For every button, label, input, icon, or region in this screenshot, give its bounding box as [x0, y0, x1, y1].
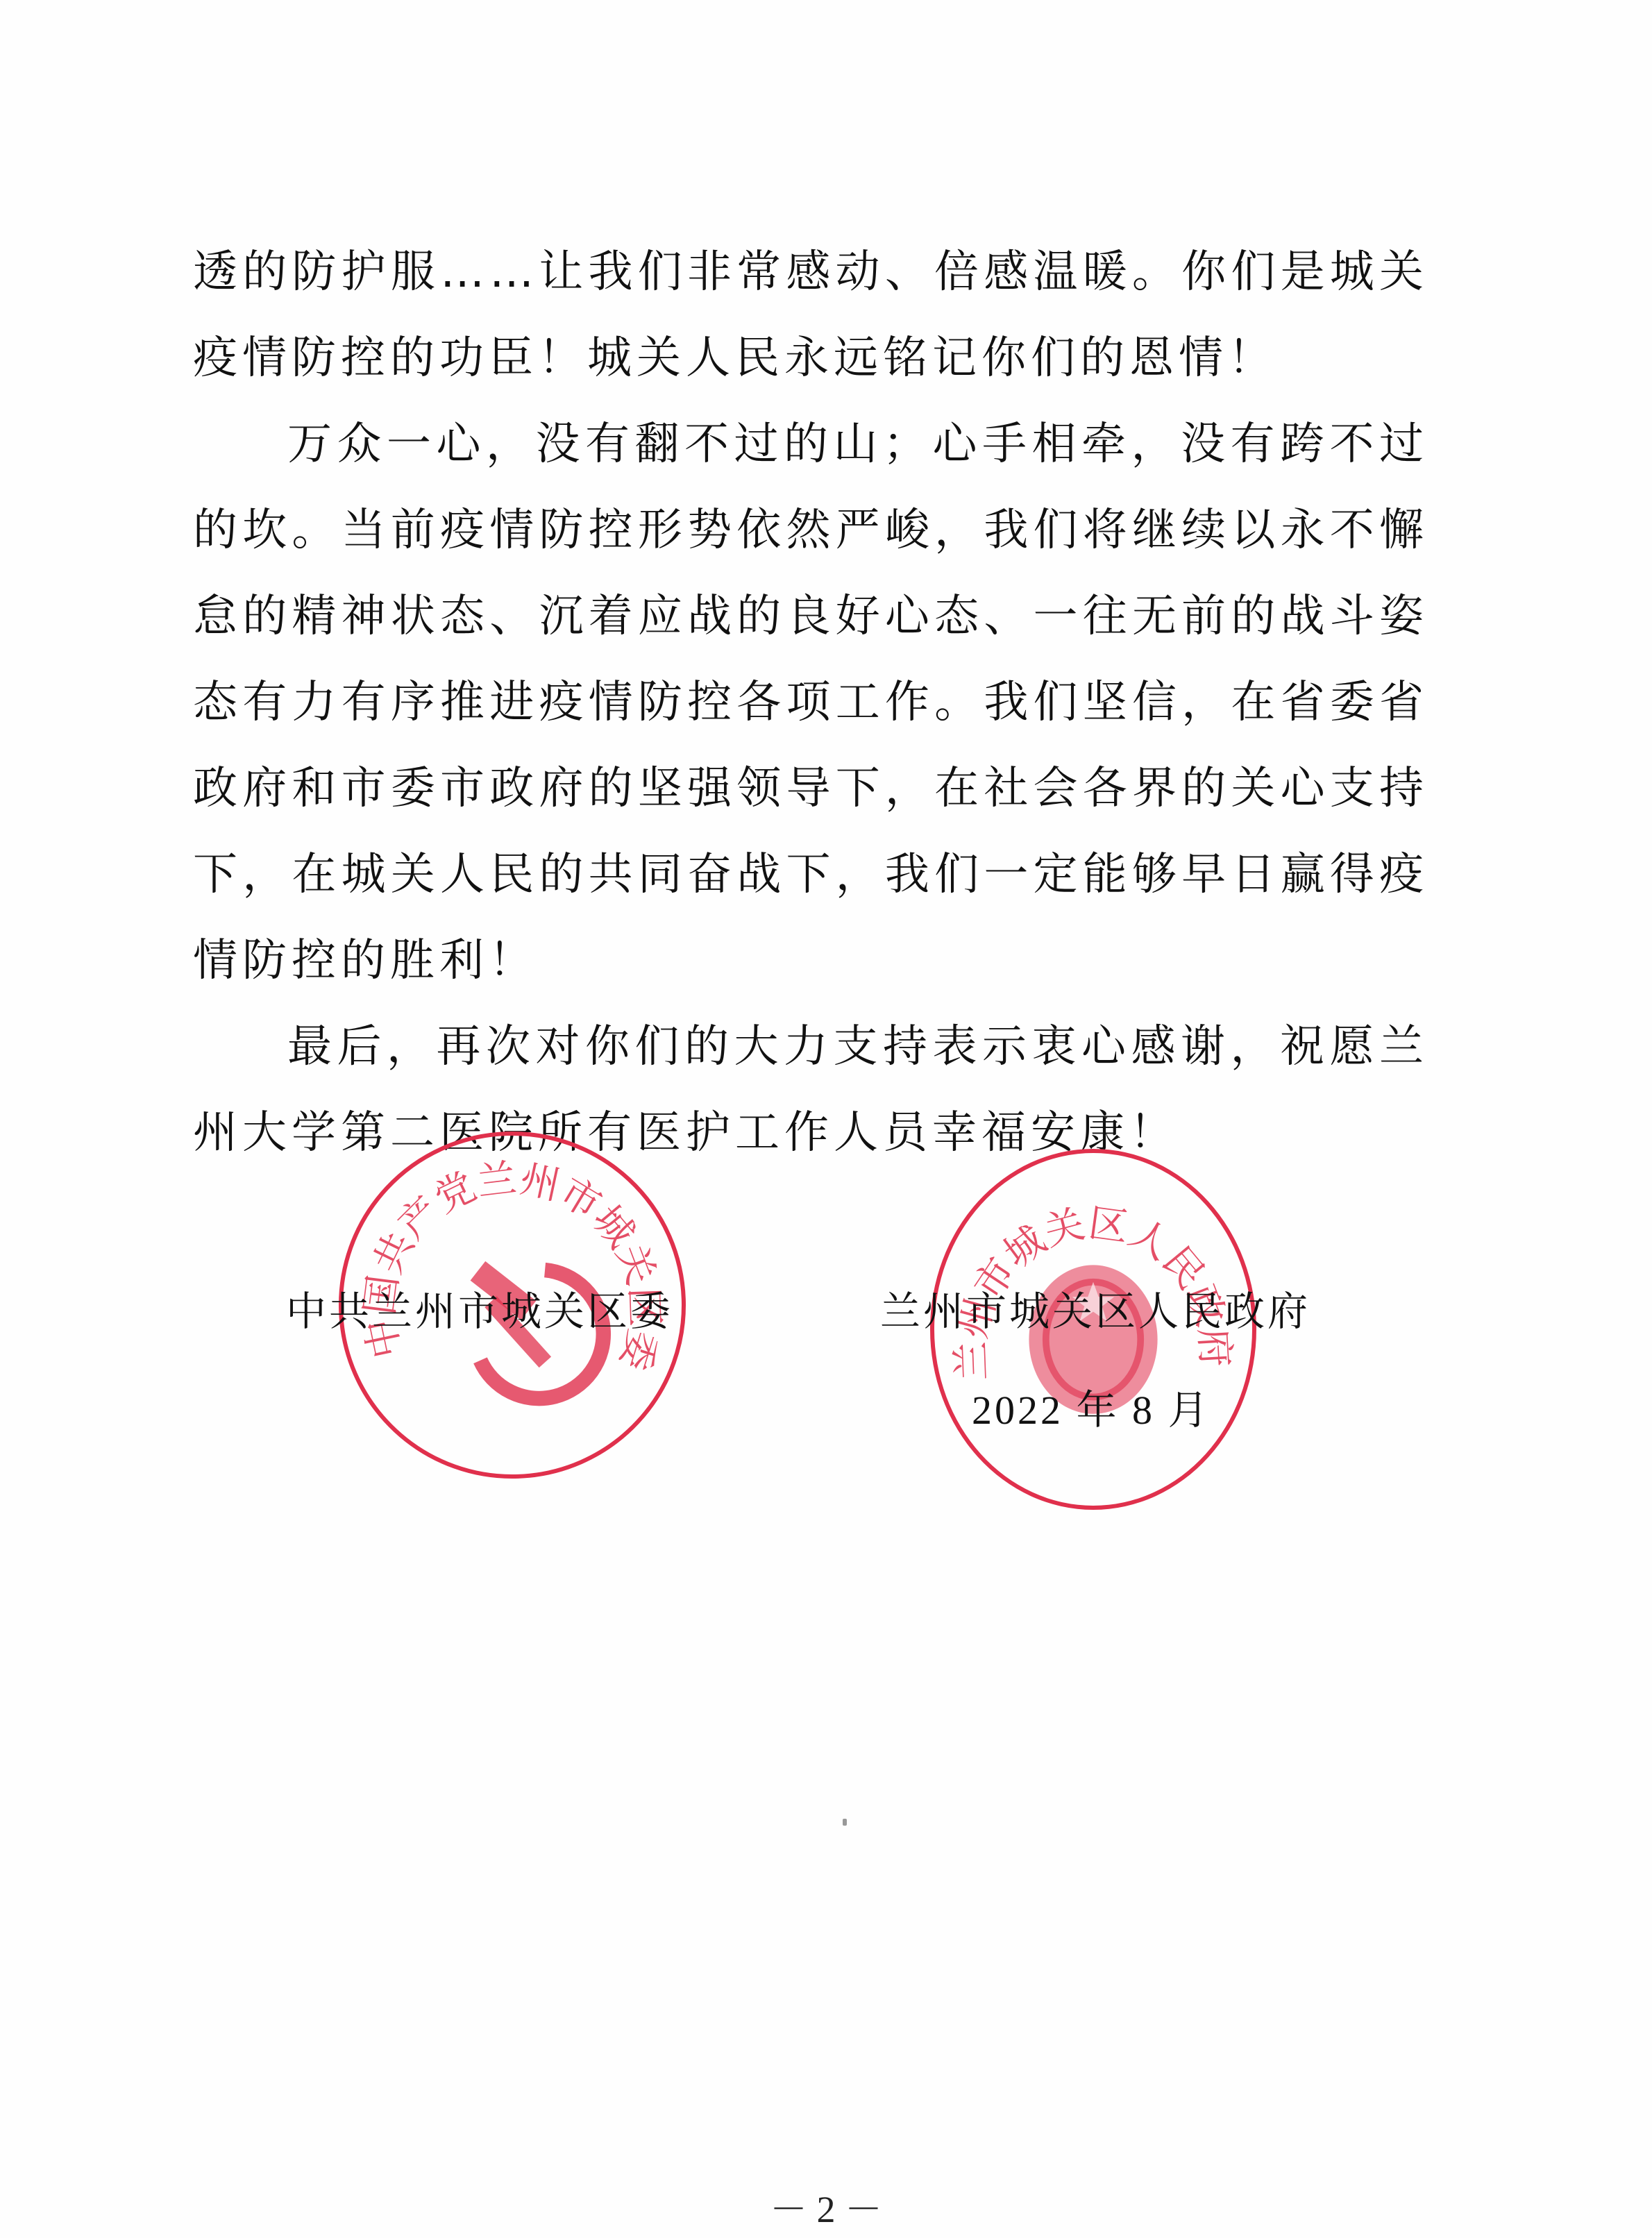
paragraph-2: 万众一心，没有翻不过的山；心手相牵，没有跨不过的坎。当前疫情防控形势依然严峻，我… [193, 401, 1428, 1004]
page-number: － 2 － [757, 2180, 895, 2233]
paragraph-1: 透的防护服……让我们非常感动、倍感温暖。你们是城关疫情防控的功臣！城关人民永远铭… [193, 229, 1428, 401]
issue-date: 2022 年 8 月 [972, 1377, 1211, 1436]
party-committee-signature: 中共兰州市城关区委 [286, 1279, 673, 1337]
letter-body: 透的防护服……让我们非常感动、倍感温暖。你们是城关疫情防控的功臣！城关人民永远铭… [193, 229, 1428, 1176]
document-page: 透的防护服……让我们非常感动、倍感温暖。你们是城关疫情防控的功臣！城关人民永远铭… [0, 0, 1652, 2238]
svg-text:中国共产党兰州市城关区委员会: 中国共产党兰州市城关区委员会 [337, 1130, 670, 1388]
government-signature: 兰州市城关区人民政府 [880, 1279, 1310, 1337]
scan-speck [843, 1819, 847, 1826]
